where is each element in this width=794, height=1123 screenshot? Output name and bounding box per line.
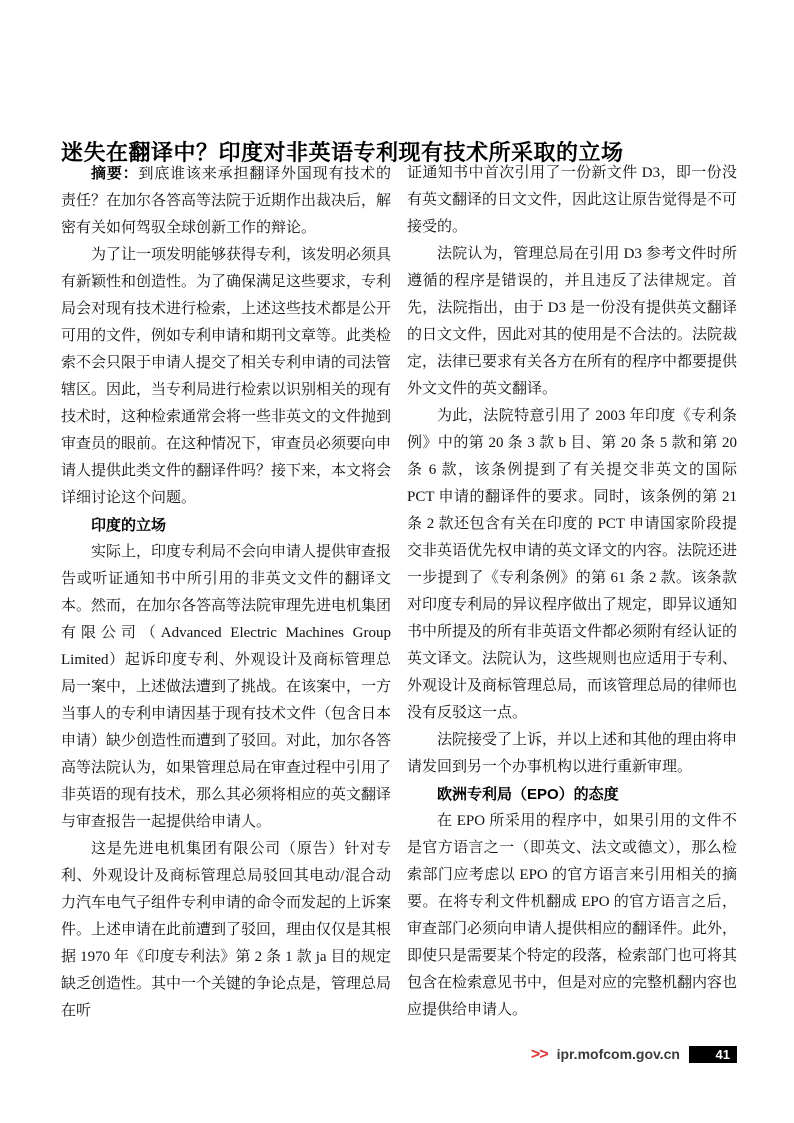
paragraph: 法院认为，管理总局在引用 D3 参考文件时所遵循的程序是错误的，并且违反了法律规…	[407, 241, 737, 403]
paragraph: 在 EPO 所采用的程序中，如果引用的文件不是官方语言之一（即英文、法文或德文）…	[407, 808, 737, 1024]
page-footer: >> ipr.mofcom.gov.cn 41	[531, 1046, 737, 1063]
paragraph: 为了让一项发明能够获得专利，该发明必须具有新颖性和创造性。为了确保满足这些要求，…	[61, 242, 391, 512]
left-column: 摘要：到底谁该来承担翻译外国现有技术的责任？在加尔各答高等法院于近期作出裁决后，…	[61, 160, 391, 1025]
paragraph: 实际上，印度专利局不会向申请人提供审查报告或听证通知书中所引用的非英文文件的翻译…	[61, 539, 391, 836]
paragraph-continued: 证通知书中首次引用了一份新文件 D3，即一份没有英文翻译的日文文件，因此这让原告…	[407, 160, 737, 241]
double-chevron-right-icon: >>	[531, 1046, 548, 1063]
right-column: 证通知书中首次引用了一份新文件 D3，即一份没有英文翻译的日文文件，因此这让原告…	[407, 160, 737, 1025]
footer-site-url: ipr.mofcom.gov.cn	[557, 1046, 680, 1063]
document-page: 迷失在翻译中？印度对非英语专利现有技术所采取的立场 摘要：到底谁该来承担翻译外国…	[0, 0, 794, 1123]
abstract-paragraph: 摘要：到底谁该来承担翻译外国现有技术的责任？在加尔各答高等法院于近期作出裁决后，…	[61, 160, 391, 242]
paragraph: 为此，法院特意引用了 2003 年印度《专利条例》中的第 20 条 3 款 b …	[407, 403, 737, 727]
abstract-label: 摘要：	[91, 165, 139, 182]
paragraph: 法院接受了上诉，并以上述和其他的理由将申请发回到另一个办事机构以进行重新审理。	[407, 727, 737, 781]
section-heading-india: 印度的立场	[61, 512, 391, 539]
section-heading-epo: 欧洲专利局（EPO）的态度	[407, 781, 737, 808]
page-number-badge: 41	[689, 1046, 737, 1063]
article-body: 摘要：到底谁该来承担翻译外国现有技术的责任？在加尔各答高等法院于近期作出裁决后，…	[61, 160, 737, 1025]
paragraph: 这是先进电机集团有限公司（原告）针对专利、外观设计及商标管理总局驳回其电动/混合…	[61, 836, 391, 1025]
